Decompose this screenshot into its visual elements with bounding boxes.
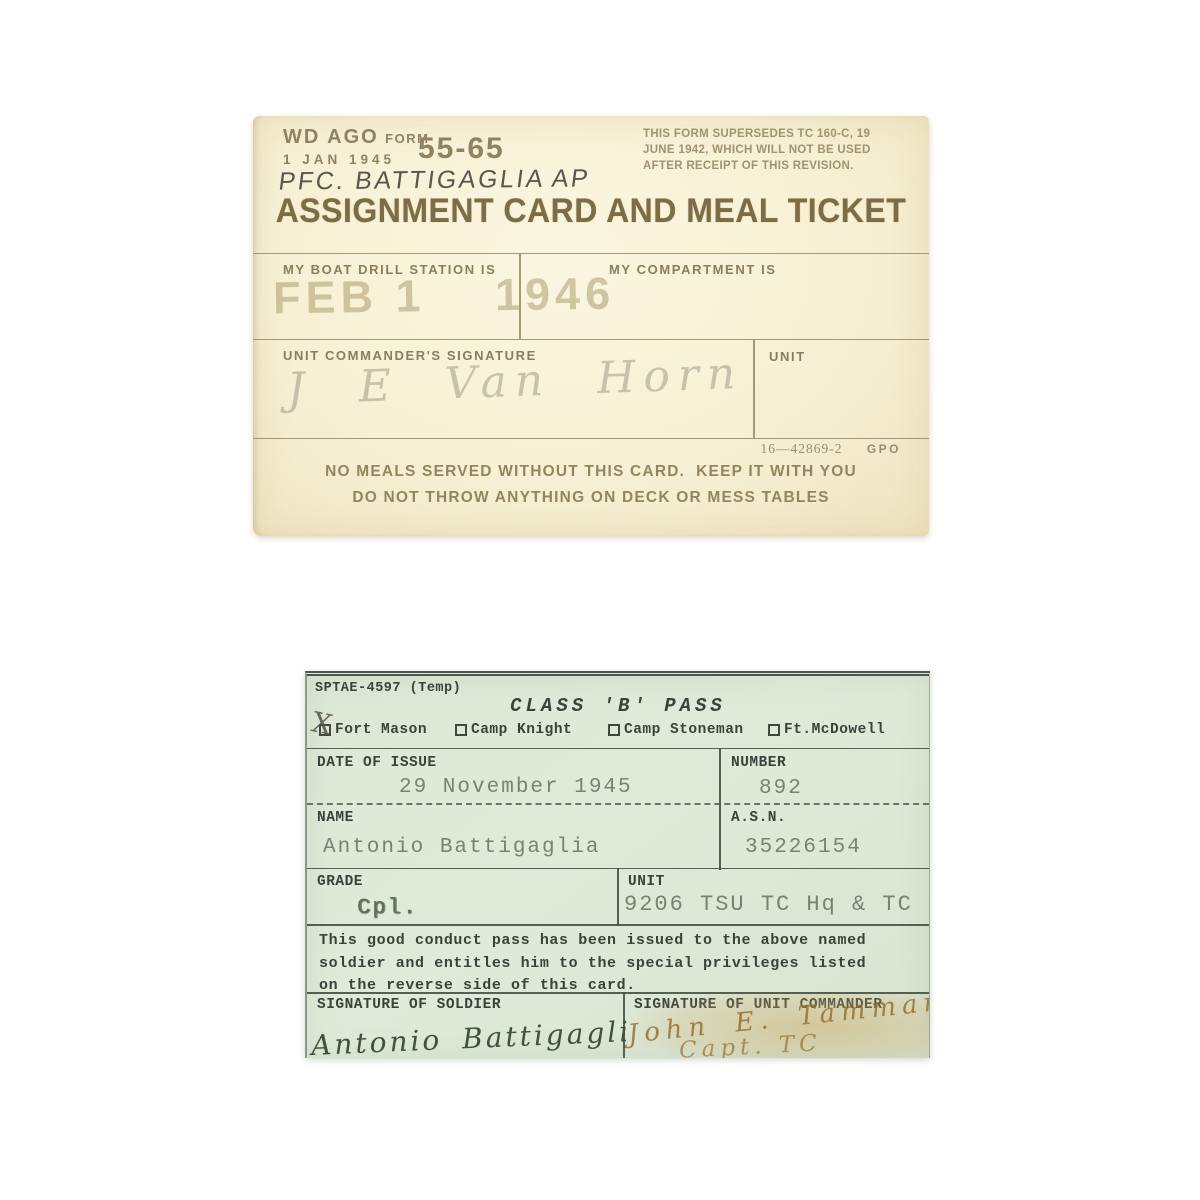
class-b-pass-card: SPTAE-4597 (Temp) CLASS 'B' PASS Fort Ma… (305, 671, 930, 1058)
grade-value: Cpl. (357, 895, 418, 920)
location-option-ft-mcdowell: Ft.McDowell (768, 722, 885, 738)
number-label: NUMBER (731, 755, 786, 771)
form-id-block: WD AGO FORM 1 JAN 1945 (283, 128, 429, 169)
supersede-line-2: JUNE 1942, WHICH WILL NOT BE USED (643, 142, 911, 158)
rule-under-locations (307, 748, 929, 749)
assignment-card: WD AGO FORM 1 JAN 1945 55-65 THIS FORM S… (253, 116, 929, 536)
footer-warning-line-2: DO NOT THROW ANYTHING ON DECK OR MESS TA… (253, 489, 929, 507)
soldier-signature-label: SIGNATURE OF SOLDIER (317, 997, 501, 1013)
name-label: NAME (317, 810, 354, 826)
rule-under-row2 (253, 339, 929, 340)
body-line-1: This good conduct pass has been issued t… (319, 930, 925, 953)
number-column-divider (719, 748, 721, 870)
checkbox-camp-stoneman (608, 724, 620, 736)
print-code: 16—42869-2 (760, 441, 842, 456)
body-line-2: soldier and entitles him to the special … (319, 953, 925, 976)
form-agency-label: WD AGO (283, 126, 379, 148)
supersede-line-1: THIS FORM SUPERSEDES TC 160-C, 19 (643, 126, 911, 142)
checkbox-camp-knight (455, 724, 467, 736)
pass-body-text: This good conduct pass has been issued t… (319, 930, 925, 998)
gpo-label: GPO (867, 442, 901, 456)
asn-value: 35226154 (745, 836, 862, 859)
rule-under-grade-row (307, 924, 929, 926)
location-label: Camp Stoneman (624, 722, 744, 738)
grade-label: GRADE (317, 874, 363, 890)
column-divider-row3 (753, 339, 755, 438)
location-label: Fort Mason (335, 722, 427, 738)
asn-label: A.S.N. (731, 810, 786, 826)
date-stamp-year: 1946 (495, 268, 616, 321)
date-of-issue-label: DATE OF ISSUE (317, 755, 437, 771)
date-stamp: FEB 1 1946 (273, 268, 616, 325)
unit-label: UNIT (769, 349, 806, 364)
form-number: 55-65 (418, 132, 505, 166)
checkbox-ft-mcdowell (768, 724, 780, 736)
date-stamp-month-day: FEB 1 (273, 270, 426, 323)
card-title: ASSIGNMENT CARD AND MEAL TICKET (253, 191, 929, 231)
location-label: Ft.McDowell (784, 722, 885, 738)
name-value: Antonio Battigaglia (323, 836, 600, 859)
unit-label: UNIT (628, 874, 665, 890)
compartment-label: MY COMPARTMENT IS (609, 262, 777, 277)
grade-unit-divider (617, 868, 619, 925)
location-option-camp-stoneman: Camp Stoneman (608, 722, 744, 738)
number-value: 892 (759, 777, 803, 800)
location-option-fort-mason: Fort Mason (319, 722, 427, 738)
rule-under-title (253, 253, 929, 254)
rule-under-row3 (253, 438, 929, 439)
photo-background: WD AGO FORM 1 JAN 1945 55-65 THIS FORM S… (0, 0, 1200, 1200)
print-code-block: 16—42869-2 GPO (760, 441, 901, 457)
pass-form-id: SPTAE-4597 (Temp) (315, 681, 461, 696)
pass-title: CLASS 'B' PASS (307, 695, 929, 717)
footer-warning-line-1: NO MEALS SERVED WITHOUT THIS CARD. KEEP … (253, 463, 929, 481)
location-label: Camp Knight (471, 722, 572, 738)
unit-value: 9206 TSU TC Hq & TC I (624, 892, 930, 917)
supersede-line-3: AFTER RECEIPT OF THIS REVISION. (643, 158, 911, 174)
date-of-issue-value: 29 November 1945 (399, 776, 633, 799)
rule-under-date-row (307, 803, 929, 805)
location-option-camp-knight: Camp Knight (455, 722, 572, 738)
supersede-notice: THIS FORM SUPERSEDES TC 160-C, 19 JUNE 1… (643, 126, 911, 174)
soldier-signature-handwriting: Antonio Battigagli (310, 1015, 631, 1058)
